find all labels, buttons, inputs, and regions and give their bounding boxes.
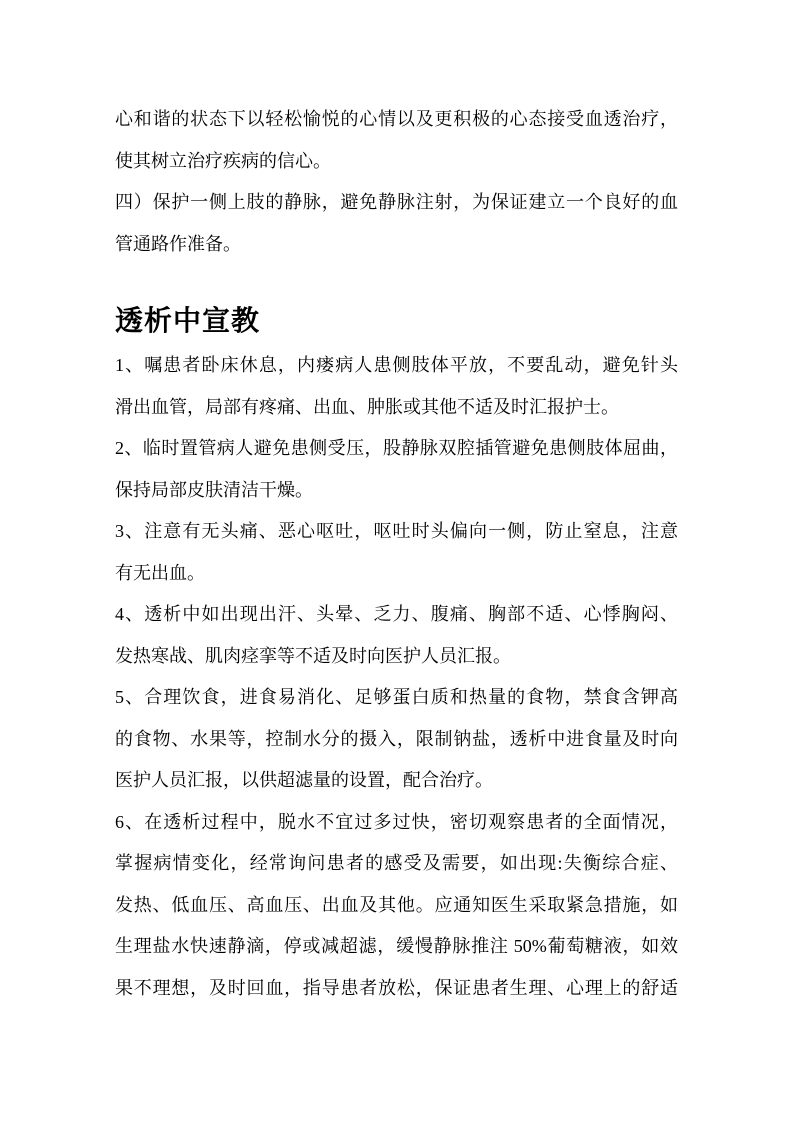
- text-line: 5、合理饮食，进食易消化、足够蛋白质和热量的食物，禁食含钾高: [115, 677, 678, 719]
- text-line: 3、注意有无头痛、恶心呕吐，呕吐时头偏向一侧，防止窒息，注意: [115, 511, 678, 553]
- text-line: 滑出血管，局部有疼痛、出血、肿胀或其他不适及时汇报护士。: [115, 387, 678, 429]
- text-line: 发热、低血压、高血压、出血及其他。应通知医生采取紧急措施，如: [115, 885, 678, 927]
- text-line: 保持局部皮肤清洁干燥。: [115, 470, 678, 512]
- text-line: 的食物、水果等，控制水分的摄入，限制钠盐，透析中进食量及时向: [115, 719, 678, 761]
- document-content: 心和谐的状态下以轻松愉悦的心情以及更积极的心态接受血透治疗， 使其树立治疗疾病的…: [115, 99, 678, 1009]
- text-line: 掌握病情变化，经常询问患者的感受及需要，如出现:失衡综合症、: [115, 843, 678, 885]
- text-line: 医护人员汇报，以供超滤量的设置，配合治疗。: [115, 760, 678, 802]
- text-line: 2、临时置管病人避免患侧受压，股静脉双腔插管避免患侧肢体屈曲，: [115, 428, 678, 470]
- text-line: 果不理想，及时回血，指导患者放松，保证患者生理、心理上的舒适: [115, 968, 678, 1010]
- text-line: 心和谐的状态下以轻松愉悦的心情以及更积极的心态接受血透治疗，: [115, 99, 678, 141]
- text-line: 有无出血。: [115, 553, 678, 595]
- text-line: 6、在透析过程中，脱水不宜过多过快，密切观察患者的全面情况，: [115, 802, 678, 844]
- text-line: 使其树立治疗疾病的信心。: [115, 141, 678, 183]
- text-line: 管通路作准备。: [115, 224, 678, 266]
- text-line: 4、透析中如出现出汗、头晕、乏力、腹痛、胸部不适、心悸胸闷、: [115, 594, 678, 636]
- document-page: 心和谐的状态下以轻松愉悦的心情以及更积极的心态接受血透治疗， 使其树立治疗疾病的…: [0, 0, 793, 1122]
- text-line: 四）保护一侧上肢的静脉，避免静脉注射，为保证建立一个良好的血: [115, 182, 678, 224]
- text-line: 生理盐水快速静滴，停或减超滤，缓慢静脉推注 50%葡萄糖液，如效: [115, 926, 678, 968]
- text-line: 1、嘱患者卧床休息，内瘘病人患侧肢体平放，不要乱动，避免针头: [115, 345, 678, 387]
- section-heading: 透析中宣教: [115, 305, 678, 339]
- text-line: 发热寒战、肌肉痉挛等不适及时向医护人员汇报。: [115, 636, 678, 678]
